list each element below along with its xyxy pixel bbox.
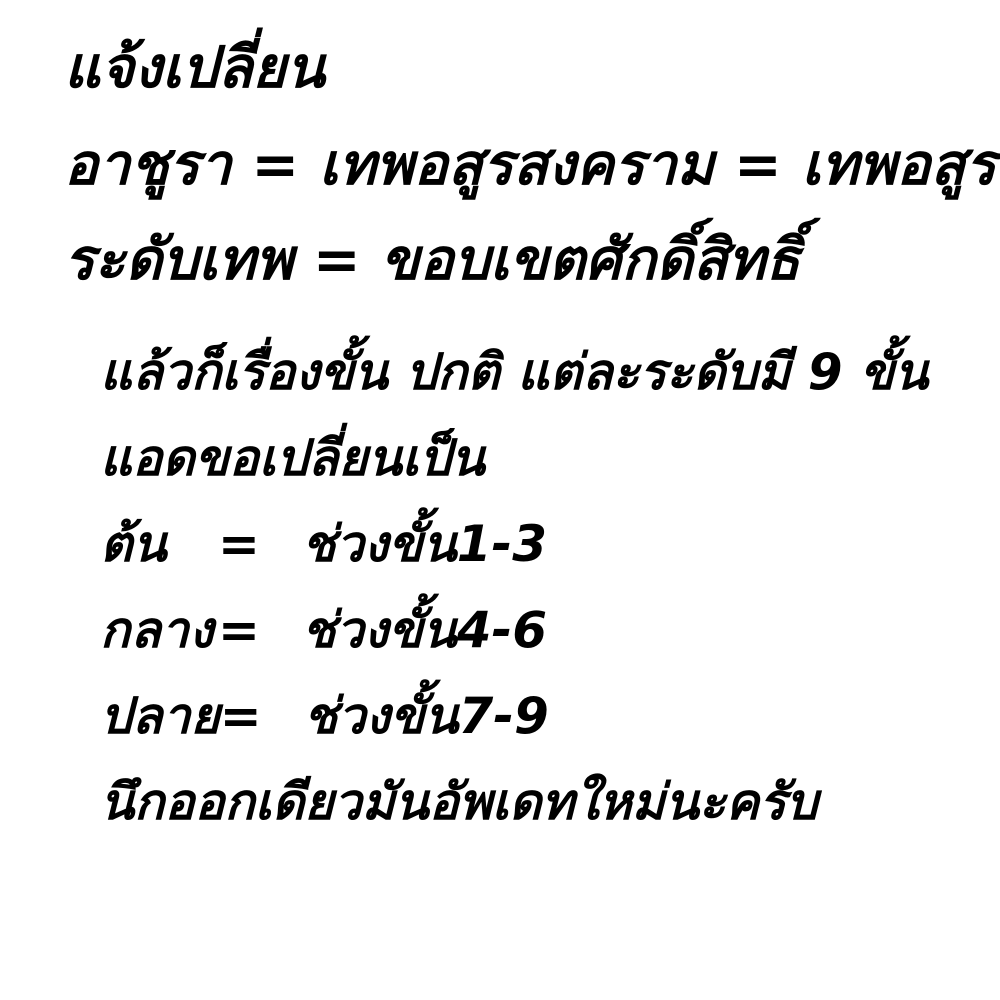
mapping-label: ปลาย — [100, 691, 220, 741]
announcement-page: แจ้งเปลี่ยน อาชูรา = เทพอสูรสงคราม = เทพ… — [0, 0, 1000, 1000]
detail-change-note: แอดขอเปลี่ยนเป็น — [100, 433, 980, 483]
mapping-label: ต้น — [100, 519, 218, 569]
rename-line-asura: อาชูรา = เทพอสูรสงคราม = เทพอสูรฯ — [64, 137, 980, 194]
mapping-label: กลาง — [100, 605, 218, 655]
mapping-row-middle: กลาง = ช่วงขั้น4-6 — [100, 605, 980, 655]
mapping-row-late: ปลาย = ช่วงขั้น7-9 — [100, 691, 980, 741]
detail-intro: แล้วก็เรื่องขั้น ปกติ แต่ละระดับมี 9 ขั้… — [100, 347, 980, 397]
announcement-title: แจ้งเปลี่ยน — [64, 40, 980, 97]
details-section: แล้วก็เรื่องขั้น ปกติ แต่ละระดับมี 9 ขั้… — [64, 347, 980, 827]
rename-section: อาชูรา = เทพอสูรสงคราม = เทพอสูรฯ ระดับเ… — [64, 137, 980, 289]
equals-sign: = — [218, 605, 260, 655]
equals-sign: = — [218, 519, 260, 569]
mapping-value: ช่วงขั้น7-9 — [304, 691, 549, 741]
rename-line-god-level: ระดับเทพ = ขอบเขตศักดิ์สิทธิ์ — [64, 232, 980, 289]
equals-sign: = — [220, 691, 262, 741]
detail-footer: นึกออกเดียวมันอัพเดทใหม่นะครับ — [100, 777, 980, 827]
mapping-value: ช่วงขั้น4-6 — [302, 605, 547, 655]
mapping-row-early: ต้น = ช่วงขั้น1-3 — [100, 519, 980, 569]
mapping-value: ช่วงขั้น1-3 — [302, 519, 547, 569]
